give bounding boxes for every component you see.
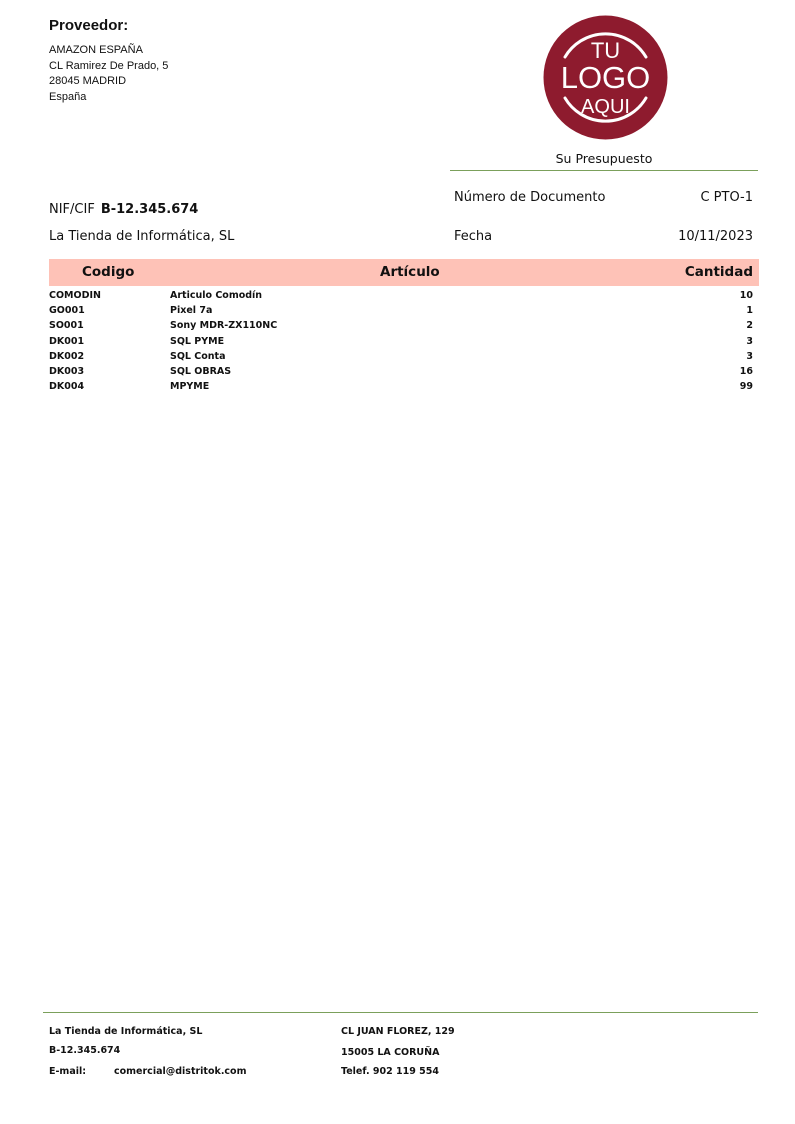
footer-company-name: La Tienda de Informática, SL xyxy=(49,1026,202,1037)
item-article: SQL OBRAS xyxy=(170,364,231,379)
item-article: Sony MDR-ZX110NC xyxy=(170,318,277,333)
document-title: Su Presupuesto xyxy=(450,151,758,166)
customer-name: La Tienda de Informática, SL xyxy=(49,229,234,244)
table-row: DK004 MPYME 99 xyxy=(49,379,753,394)
company-logo: TU LOGO AQUI xyxy=(543,15,668,140)
item-quantity: 1 xyxy=(746,303,753,318)
item-article: Articulo Comodín xyxy=(170,288,262,303)
item-code: DK003 xyxy=(49,364,84,379)
item-quantity: 99 xyxy=(740,379,753,394)
column-header-quantity: Cantidad xyxy=(685,264,753,280)
item-quantity: 3 xyxy=(746,349,753,364)
table-row: SO001 Sony MDR-ZX110NC 2 xyxy=(49,318,753,333)
items-table-body: COMODIN Articulo Comodín 10 GO001 Pixel … xyxy=(49,288,753,394)
logo-text-line2: LOGO xyxy=(561,60,651,95)
supplier-address: AMAZON ESPAÑA CL Ramirez De Prado, 5 280… xyxy=(49,43,168,105)
footer-email: E-mail: comercial@distritok.com xyxy=(49,1066,86,1077)
footer-city: 15005 LA CORUÑA xyxy=(341,1047,439,1058)
item-quantity: 10 xyxy=(740,288,753,303)
items-table-header: Codigo Artículo Cantidad xyxy=(49,259,759,286)
logo-text-line3: AQUI xyxy=(581,96,630,118)
supplier-title: Proveedor: xyxy=(49,17,128,34)
document-number-label: Número de Documento xyxy=(454,190,605,205)
table-row: DK003 SQL OBRAS 16 xyxy=(49,364,753,379)
item-article: SQL PYME xyxy=(170,334,224,349)
logo-badge-icon: TU LOGO AQUI xyxy=(543,15,668,140)
supplier-name: AMAZON ESPAÑA xyxy=(49,43,168,59)
nif-value: B-12.345.674 xyxy=(101,202,199,217)
footer-company-nif: B-12.345.674 xyxy=(49,1045,120,1056)
footer-address: CL JUAN FLOREZ, 129 xyxy=(341,1026,455,1037)
document-number-value: C PTO-1 xyxy=(700,190,753,205)
column-header-article: Artículo xyxy=(380,264,440,280)
item-article: Pixel 7a xyxy=(170,303,212,318)
item-quantity: 2 xyxy=(746,318,753,333)
item-code: COMODIN xyxy=(49,288,101,303)
table-row: DK002 SQL Conta 3 xyxy=(49,349,753,364)
footer-phone: Telef. 902 119 554 xyxy=(341,1066,439,1077)
item-code: DK004 xyxy=(49,379,84,394)
item-code: SO001 xyxy=(49,318,84,333)
title-divider xyxy=(450,170,758,171)
footer-email-label: E-mail: xyxy=(49,1066,86,1077)
table-row: DK001 SQL PYME 3 xyxy=(49,334,753,349)
customer-nif: NIF/CIFB-12.345.674 xyxy=(49,202,198,217)
item-code: DK001 xyxy=(49,334,84,349)
document-date-value: 10/11/2023 xyxy=(678,229,753,244)
item-article: SQL Conta xyxy=(170,349,226,364)
nif-label: NIF/CIF xyxy=(49,202,95,217)
item-code: GO001 xyxy=(49,303,85,318)
item-code: DK002 xyxy=(49,349,84,364)
column-header-code: Codigo xyxy=(82,264,134,280)
footer-email-link[interactable]: comercial@distritok.com xyxy=(114,1066,247,1077)
footer-divider xyxy=(43,1012,758,1013)
table-row: GO001 Pixel 7a 1 xyxy=(49,303,753,318)
table-row: COMODIN Articulo Comodín 10 xyxy=(49,288,753,303)
document-date-label: Fecha xyxy=(454,229,492,244)
supplier-street: CL Ramirez De Prado, 5 xyxy=(49,59,168,75)
item-quantity: 3 xyxy=(746,334,753,349)
supplier-city: 28045 MADRID xyxy=(49,74,168,90)
item-quantity: 16 xyxy=(740,364,753,379)
item-article: MPYME xyxy=(170,379,209,394)
supplier-country: España xyxy=(49,90,168,106)
